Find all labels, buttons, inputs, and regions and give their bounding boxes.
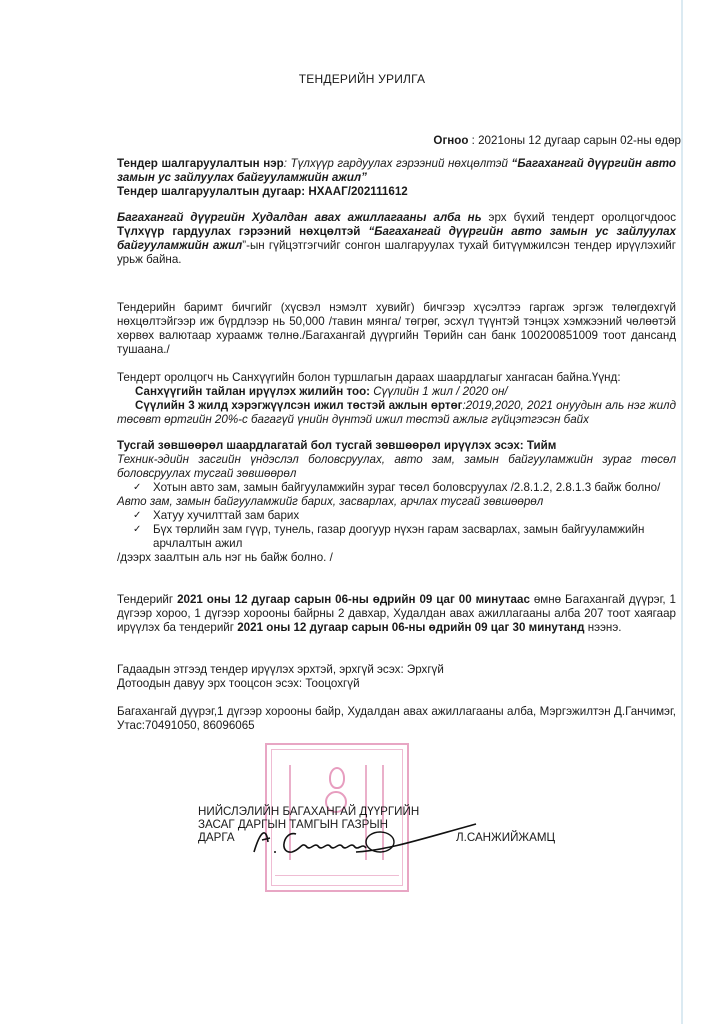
license-item-text: Хотын авто зам, замын байгууламжийн зура… xyxy=(153,481,660,494)
license-item-text: Хатуу хучилттай зам барих xyxy=(153,509,299,522)
stamp-bottom-band xyxy=(275,875,399,884)
license-heading-value: : Тийм xyxy=(520,439,557,452)
opening-time: 2021 оны 12 дугаар сарын 06-ны өдрийн 09… xyxy=(237,621,584,634)
rights-block: Гадаадын этгээд тендер ирүүлэх эрхтэй, э… xyxy=(117,663,676,691)
soyombo-flame-icon xyxy=(329,767,345,789)
signatory-name: Л.САНЖИЙЖАМЦ xyxy=(456,831,555,845)
requirements-block: Тендерт оролцогч нь Санхүүгийн болон тур… xyxy=(117,371,676,427)
scan-edge-line xyxy=(681,0,683,1024)
tender-number-label: Тендер шалгаруулалтын дугаар xyxy=(117,185,301,198)
submission-deadline: 2021 оны 12 дугаар сарын 06-ны өдрийн 09… xyxy=(177,593,530,606)
license-group-1-title: Техник-эдийн засгийн үндэслэл боловсруул… xyxy=(117,453,676,481)
tender-name-label: Тендер шалгаруулалтын нэр xyxy=(117,157,284,170)
license-block: Тусгай зөвшөөрөл шаардлагатай бол тусгай… xyxy=(117,439,676,565)
license-heading: Тусгай зөвшөөрөл шаардлагатай бол тусгай… xyxy=(117,439,520,452)
fee-paragraph: Тендерийн баримт бичгийг (хүсвэл нэмэлт … xyxy=(117,301,676,357)
check-icon: ✓ xyxy=(133,523,141,537)
document-page: ТЕНДЕРИЙН УРИЛГА Огноо : 2021оны 12 дуга… xyxy=(0,0,724,1024)
license-group-2-item: ✓Бүх төрлийн зам гүүр, тунель, газар доо… xyxy=(117,523,676,551)
date-value: : 2021оны 12 дугаар сарын 02-ны өдөр xyxy=(468,134,681,147)
intro-paragraph: Багахангай дүүргийн Худалдан авах ажилла… xyxy=(117,211,676,267)
check-icon: ✓ xyxy=(133,509,141,523)
handwritten-signature-icon xyxy=(248,812,478,862)
domestic-preference: Дотоодын давуу эрх тооцсон эсэх: Тооцохг… xyxy=(117,677,676,691)
submission-text-3: нээнэ. xyxy=(584,621,621,634)
foreign-rights: Гадаадын этгээд тендер ирүүлэх эрхтэй, э… xyxy=(117,663,676,677)
tender-name-block: Тендер шалгаруулалтын нэр: Түлхүүр гарду… xyxy=(117,157,676,199)
requirements-intro: Тендерт оролцогч нь Санхүүгийн болон тур… xyxy=(117,371,676,385)
date-label: Огноо xyxy=(433,134,468,147)
license-note: /дээрх заалтын аль нэг нь байж болно. / xyxy=(117,551,676,565)
intro-text-1: эрх бүхий тендерт оролцогчдоос xyxy=(482,211,676,224)
document-date: Огноо : 2021оны 12 дугаар сарын 02-ны өд… xyxy=(433,134,681,148)
contact-paragraph: Багахангай дүүрэг,1 дүгээр хорооны байр,… xyxy=(117,705,676,733)
license-group-1-item: ✓Хотын авто зам, замын байгууламжийн зур… xyxy=(117,481,676,495)
license-item-text: Бүх төрлийн зам гүүр, тунель, газар доог… xyxy=(153,523,644,550)
financial-value: Сүүлийн 1 жил / 2020 он/ xyxy=(370,385,508,398)
license-group-2-item: ✓Хатуу хучилттай зам барих xyxy=(117,509,676,523)
submission-paragraph: Тендерийг 2021 оны 12 дугаар сарын 06-ны… xyxy=(117,593,676,635)
tender-name-prefix: : Түлхүүр гардуулах гэрээний нөхцөлтэй xyxy=(284,157,512,170)
submission-text-1: Тендерийг xyxy=(117,593,177,606)
intro-org: Багахангай дүүргийн Худалдан авах ажилла… xyxy=(117,211,482,224)
intro-bold: Түлхүүр гардуулах гэрээний нөхцөлтэй xyxy=(117,225,368,238)
experience-label: Сүүлийн 3 жилд хэрэгжүүлсэн ижил төстэй … xyxy=(117,399,462,412)
tender-number-value: : НХААГ/202111612 xyxy=(301,185,407,198)
check-icon: ✓ xyxy=(133,481,141,495)
financial-label: Санхүүгийн тайлан ирүүлэх жилийн тоо: xyxy=(135,385,370,398)
document-title: ТЕНДЕРИЙН УРИЛГА xyxy=(0,72,724,86)
license-group-2-title: Авто зам, замын байгууламжийг барих, зас… xyxy=(117,495,676,509)
